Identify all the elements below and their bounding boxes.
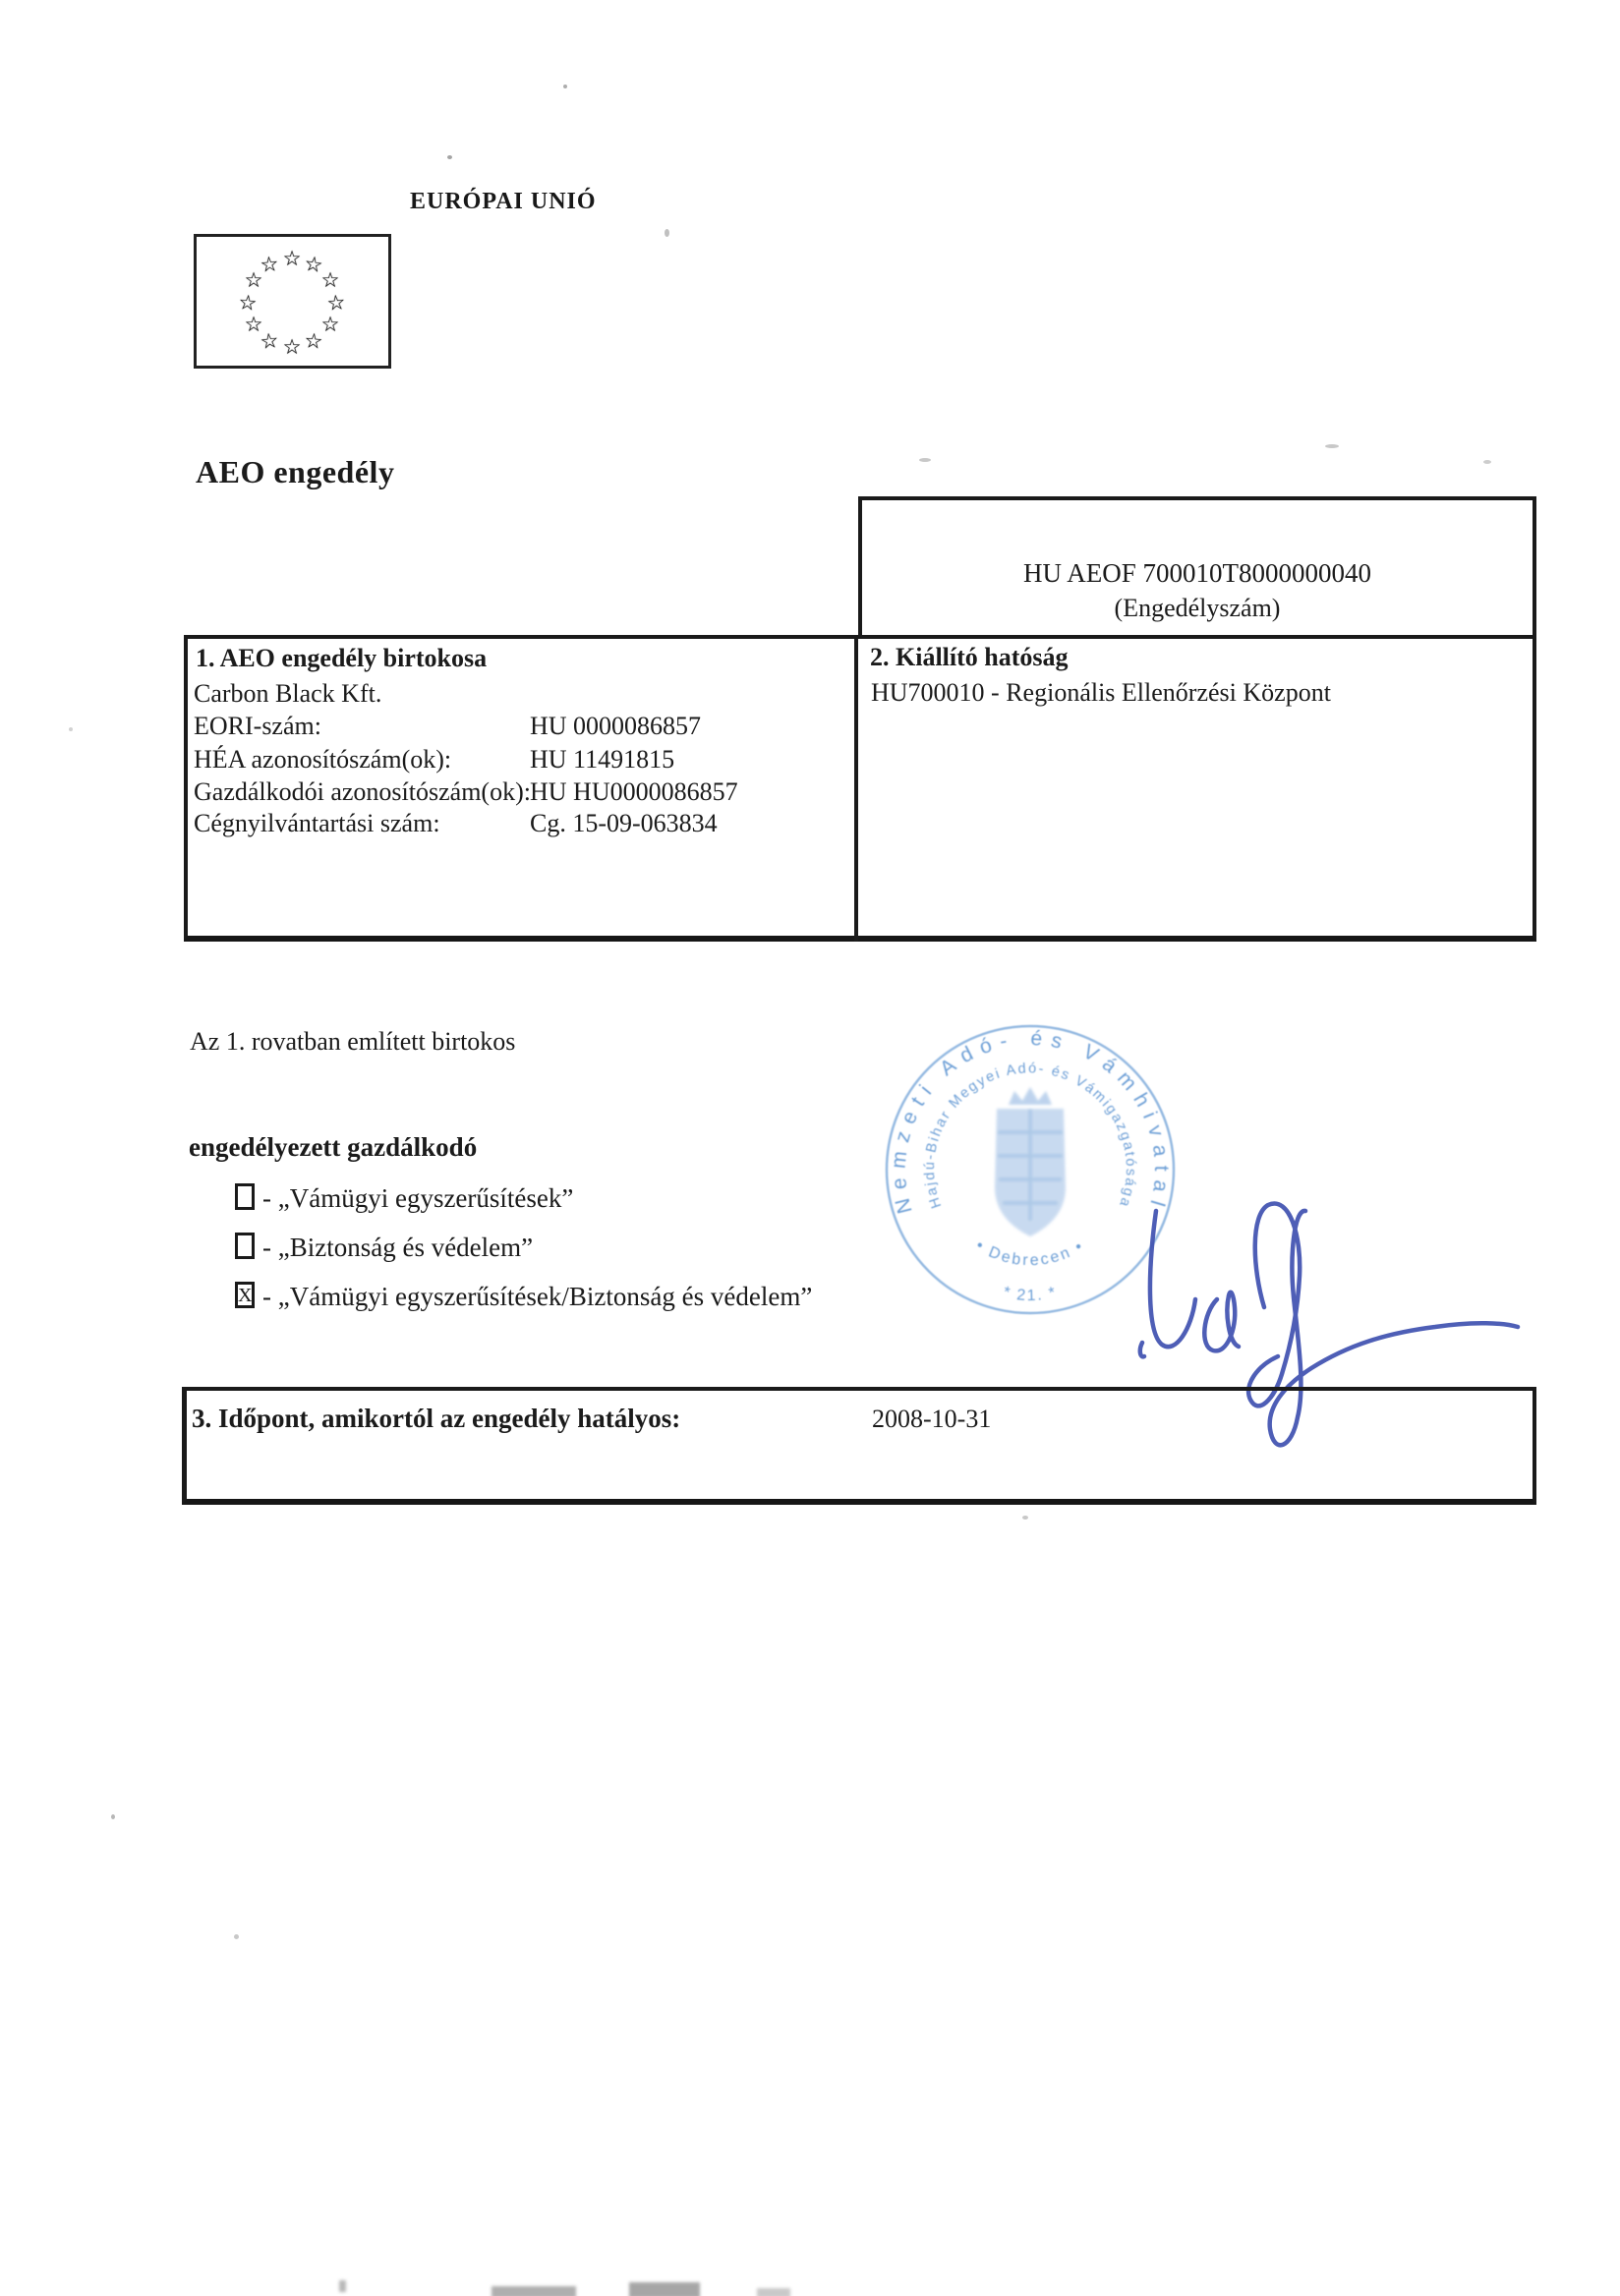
stamp-emblem-icon	[995, 1087, 1066, 1236]
statement-operator-line: engedélyezett gazdálkodó	[189, 1132, 477, 1163]
checkbox-checked: X	[235, 1282, 255, 1308]
holder-row-value: HU HU0000086857	[530, 777, 738, 807]
stamp-number-text: * 21. *	[1002, 1284, 1060, 1304]
holder-row-label: HÉA azonosítószám(ok):	[194, 745, 451, 775]
checkbox-unchecked	[235, 1233, 255, 1259]
holder-row-value: Cg. 15-09-063834	[530, 809, 718, 838]
holder-row-label: EORI-szám:	[194, 712, 321, 741]
eu-star-icon: ☆	[280, 335, 304, 359]
authority-box-title: 2. Kiállító hatóság	[870, 643, 1069, 672]
scan-speck	[665, 229, 669, 237]
eu-star-icon: ☆	[242, 313, 265, 336]
scan-speck	[1483, 460, 1491, 464]
scan-speck	[563, 85, 567, 88]
holder-row-value: HU 0000086857	[530, 712, 701, 741]
validity-date: 2008-10-31	[872, 1405, 991, 1434]
checkbox-unchecked	[235, 1183, 255, 1210]
eu-header-label: EURÓPAI UNIÓ	[410, 189, 597, 215]
permit-number: HU AEOF 700010T8000000040	[858, 558, 1536, 589]
checkbox-label: - „Vámügyi egyszerűsítések”	[262, 1183, 573, 1214]
scan-speck	[111, 1814, 115, 1819]
checkbox-label: - „Vámügyi egyszerűsítések/Biztonság és …	[262, 1282, 812, 1312]
validity-label: 3. Időpont, amikortól az engedély hatály…	[192, 1404, 680, 1434]
stamp-city-text: • Debrecen •	[972, 1237, 1087, 1270]
scan-bottom-smudge	[339, 2280, 346, 2292]
authority-name: HU700010 - Regionális Ellenőrzési Közpon…	[871, 678, 1331, 708]
statement-holder-line: Az 1. rovatban említett birtokos	[190, 1027, 515, 1057]
holder-company: Carbon Black Kft.	[194, 679, 381, 709]
document-title: AEO engedély	[196, 454, 394, 490]
holder-row-label: Gazdálkodói azonosítószám(ok):	[194, 777, 531, 807]
table-divider	[854, 635, 858, 942]
holder-row-label: Cégnyilvántartási szám:	[194, 809, 440, 838]
scan-speck	[447, 155, 452, 159]
permit-number-caption: (Engedélyszám)	[858, 594, 1536, 623]
eu-star-icon: ☆	[235, 290, 260, 316]
scan-page: EURÓPAI UNIÓ ☆ ☆ ☆ ☆ ☆ ☆ ☆ ☆ ☆ ☆ ☆ ☆ AEO…	[0, 0, 1620, 2296]
eu-star-icon: ☆	[301, 328, 326, 354]
scan-speck	[69, 727, 73, 731]
scan-bottom-smudge	[629, 2282, 700, 2296]
scan-speck	[1022, 1516, 1028, 1520]
scan-speck	[234, 1934, 239, 1939]
scan-bottom-smudge	[492, 2286, 576, 2296]
holder-box-title: 1. AEO engedély birtokosa	[196, 644, 487, 673]
holder-row-value: HU 11491815	[530, 745, 674, 775]
eu-star-icon: ☆	[280, 247, 304, 270]
checkbox-label: - „Biztonság és védelem”	[262, 1233, 533, 1263]
scan-speck	[1325, 444, 1339, 448]
eu-flag: ☆ ☆ ☆ ☆ ☆ ☆ ☆ ☆ ☆ ☆ ☆ ☆	[194, 234, 391, 369]
eu-star-icon: ☆	[318, 268, 342, 292]
scan-speck	[919, 458, 931, 462]
scan-bottom-smudge	[757, 2288, 790, 2296]
eu-star-icon: ☆	[257, 252, 282, 277]
